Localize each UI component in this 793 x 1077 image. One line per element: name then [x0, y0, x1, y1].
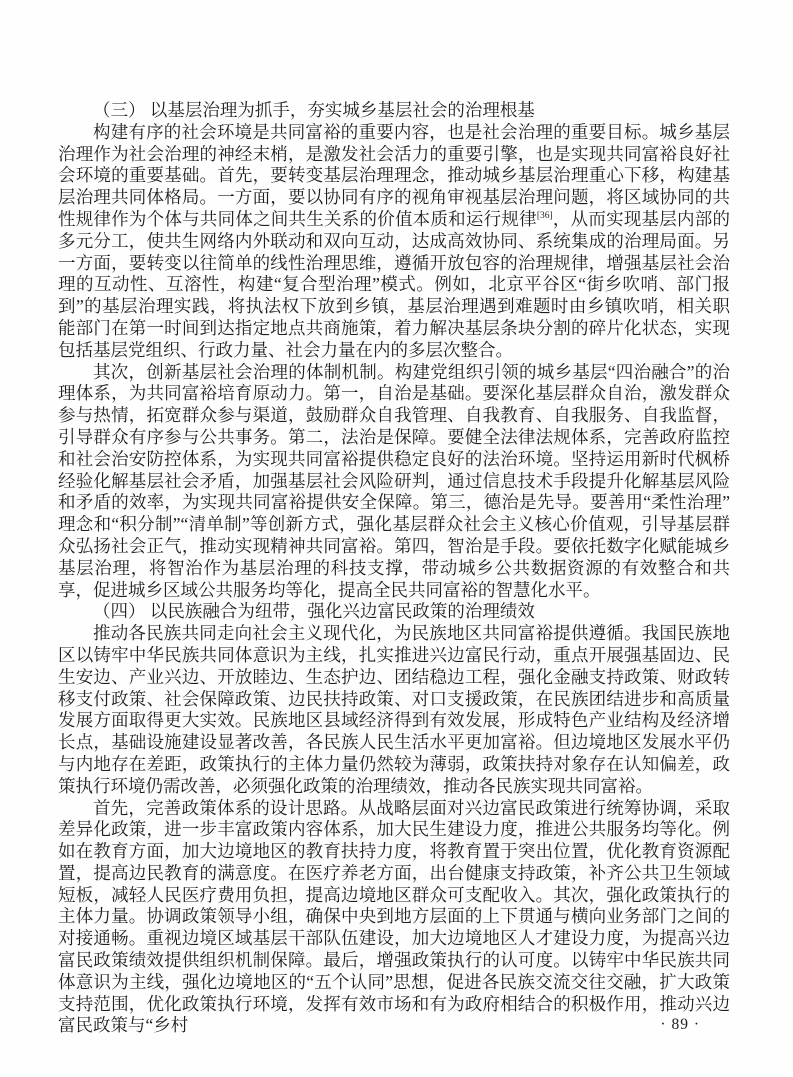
paragraph-text: ，从而实现基层内部的多元分工，使共生网络内外联动和双向互动，达成高效协同、系统集… — [58, 209, 730, 360]
section-heading-grassroots-governance: （三） 以基层治理为抓手，夯实城乡基层社会的治理根基 — [58, 100, 730, 122]
paragraph-policy-design: 首先，完善政策体系的设计思路。从战略层面对兴边富民政策进行统筹协调，采取差异化政… — [58, 798, 730, 1038]
paragraph-ethnic-region-policy: 推动各民族共同走向社会主义现代化，为民族地区共同富裕提供遵循。我国民族地区以铸牢… — [58, 623, 730, 797]
page-number: · 89 · — [660, 1016, 700, 1033]
paragraph-grassroots-intro: 构建有序的社会环境是共同富裕的重要内容，也是社会治理的重要目标。城乡基层治理作为… — [58, 122, 730, 362]
citation-ref-36: [36] — [537, 211, 553, 221]
section-heading-ethnic-integration: （四） 以民族融合为纽带，强化兴边富民政策的治理绩效 — [58, 601, 730, 623]
page-content: （三） 以基层治理为抓手，夯实城乡基层社会的治理根基 构建有序的社会环境是共同富… — [58, 100, 730, 1037]
document-page: （三） 以基层治理为抓手，夯实城乡基层社会的治理根基 构建有序的社会环境是共同富… — [0, 0, 793, 1077]
paragraph-governance-mechanism: 其次，创新基层社会治理的体制机制。构建党组织引领的城乡基层“四治融合”的治理体系… — [58, 362, 730, 602]
page-footer: · 89 · — [660, 1014, 700, 1036]
